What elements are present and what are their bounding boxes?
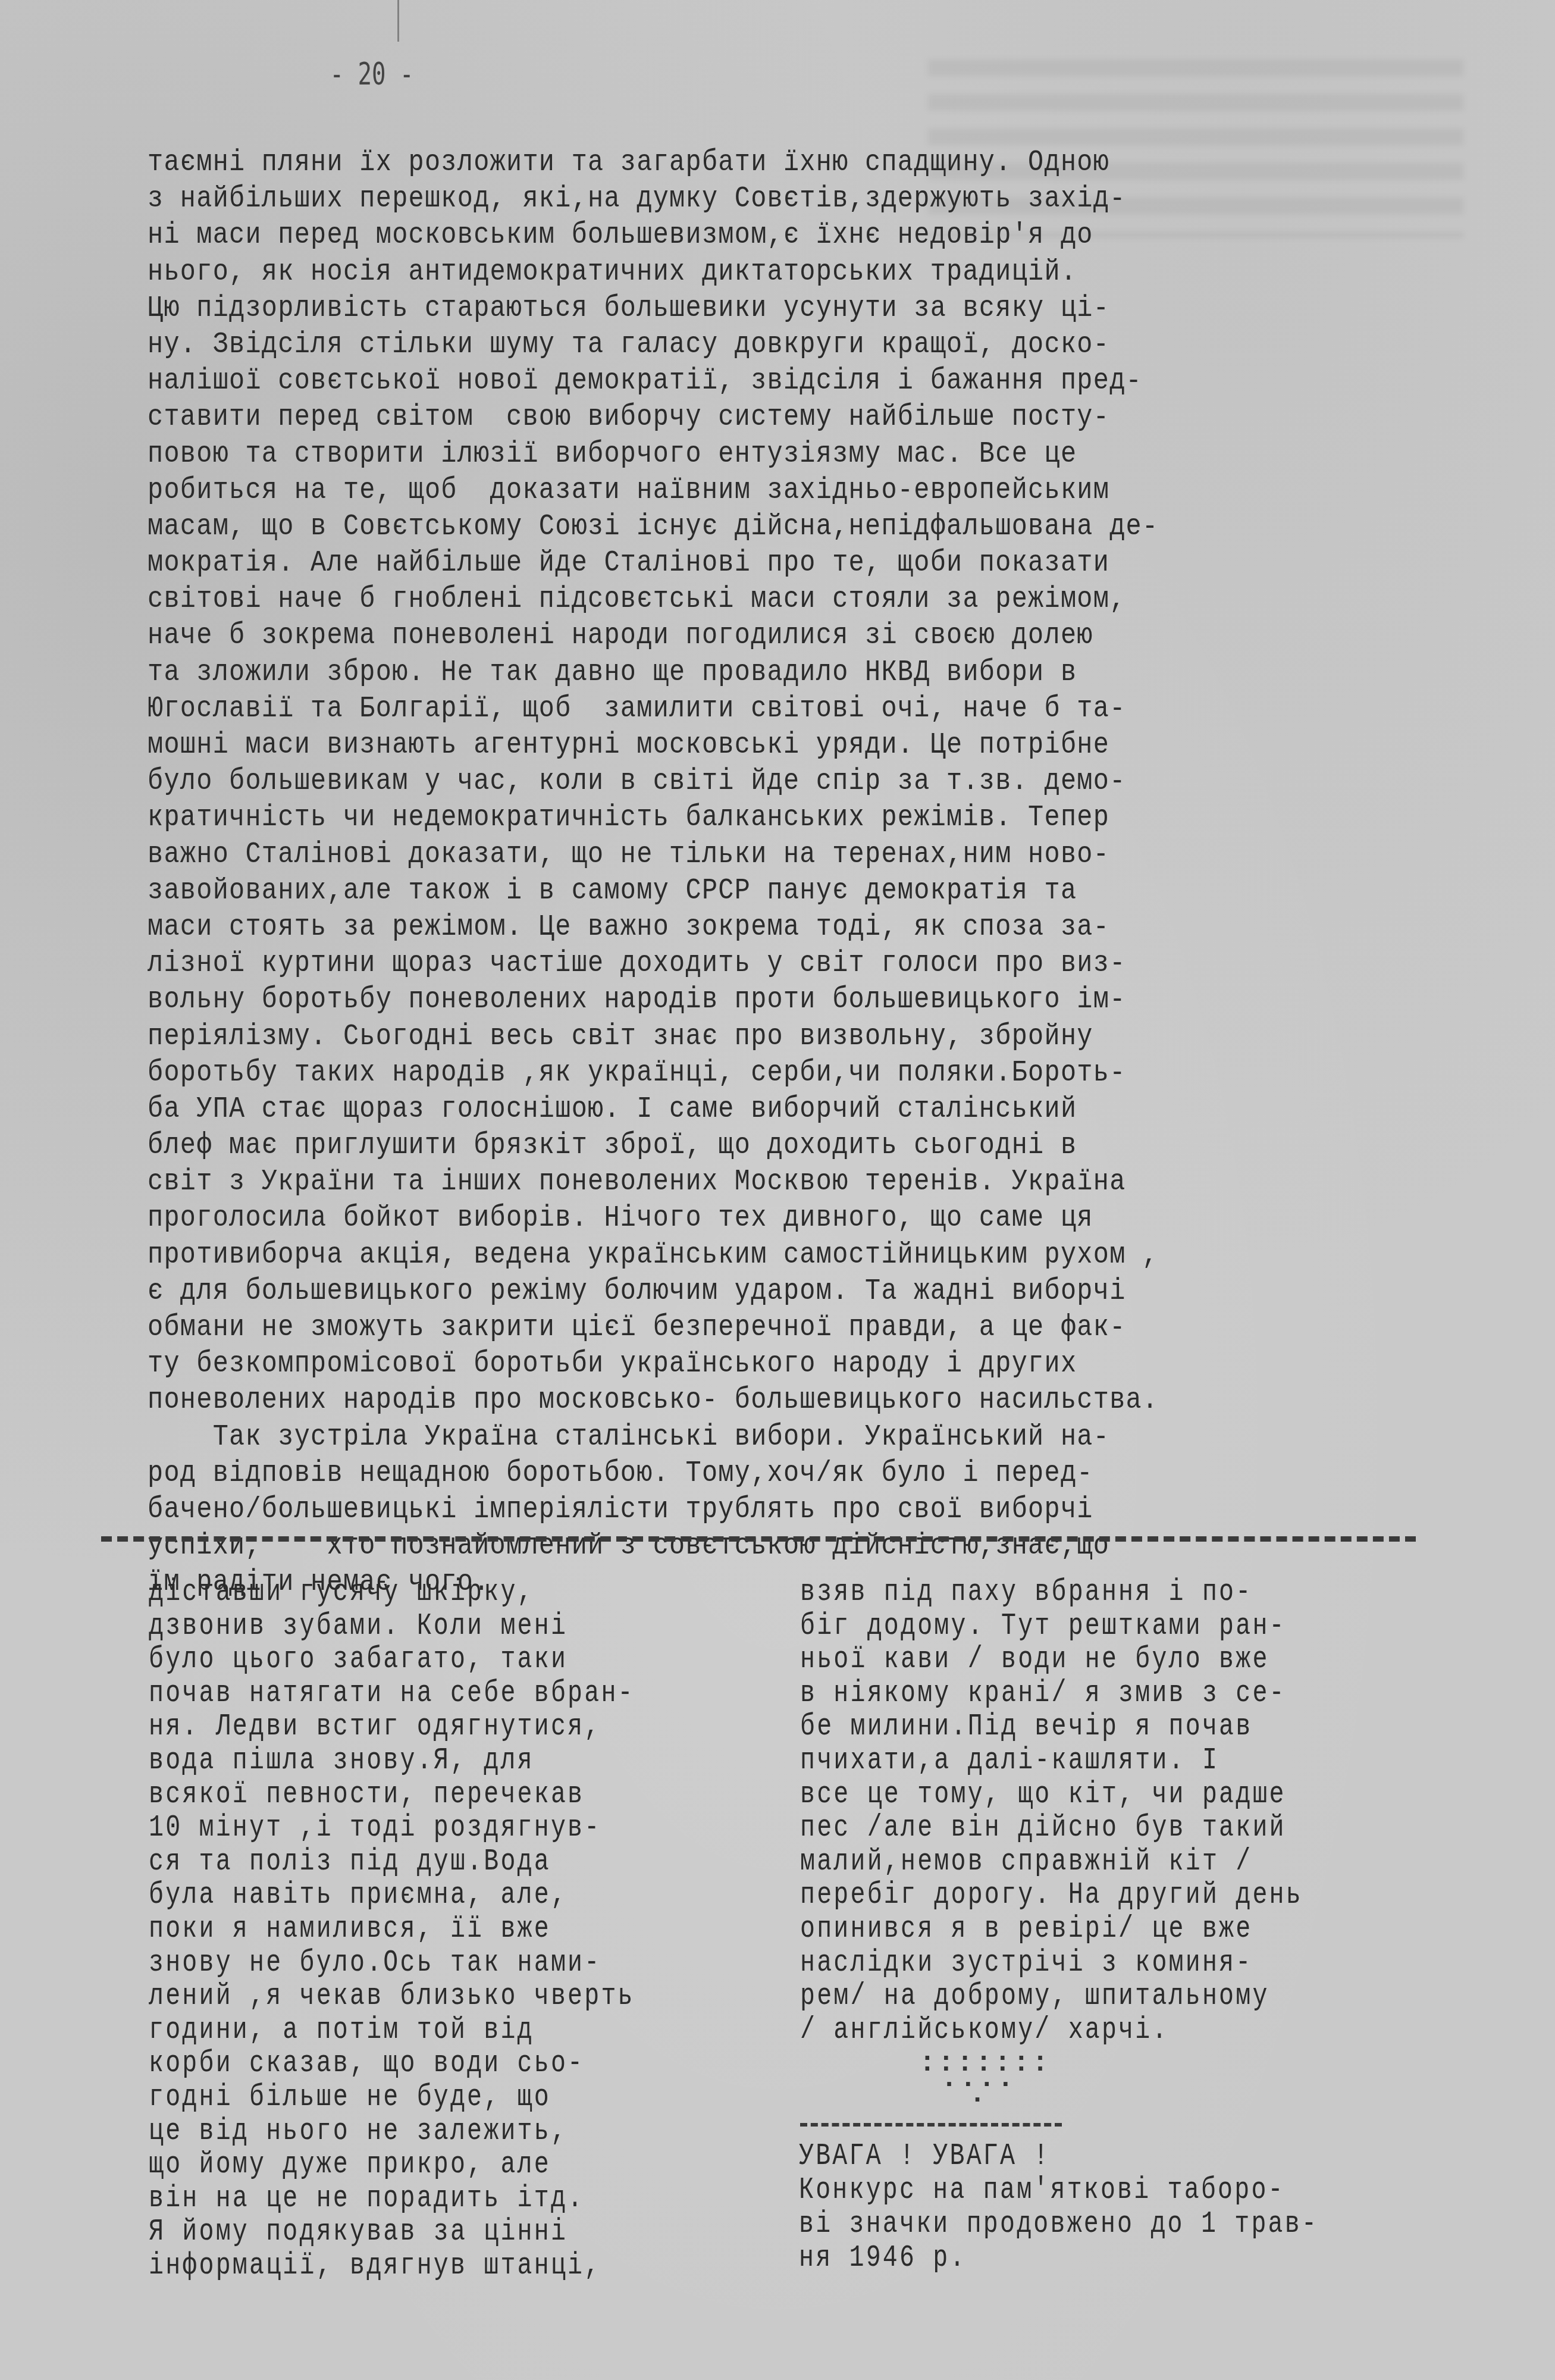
- article-line: боротьбу таких народів ,як українці, сер…: [148, 1055, 1307, 1091]
- article-line: Так зустріла Україна сталінські вибори. …: [148, 1419, 1307, 1455]
- story-right-column: взяв під паху вбрання і по- біг додому. …: [800, 1576, 1484, 2047]
- story-line: вода пішла знову.Я, для: [149, 1744, 644, 1778]
- story-line: це від нього не залежить,: [149, 2115, 644, 2149]
- notice-block: УВАГА ! УВАГА ! Конкурс на пам'яткові та…: [799, 2139, 1513, 2275]
- notice-line: ня 1946 р.: [799, 2241, 1370, 2275]
- story-line: було цього забагато, таки: [149, 1643, 644, 1677]
- story-line: пес /але він дійсно був такий: [800, 1811, 1347, 1845]
- story-line: опинився я в ревірі/ це вже: [800, 1912, 1347, 1946]
- story-line: бе милини.Під вечір я почав: [800, 1710, 1347, 1744]
- story-line: інформації, вдягнув штанці,: [149, 2249, 644, 2283]
- story-line: ся та поліз під душ.Вода: [149, 1845, 644, 1879]
- notice-divider: [800, 2123, 1062, 2127]
- article-line: таємні пляни їх розложити та загарбати ї…: [148, 145, 1307, 181]
- article-line: ту безкомпромісової боротьби українськог…: [148, 1346, 1307, 1382]
- article-line: маси стоять за режімом. Це важно зокрема…: [148, 909, 1307, 945]
- article-line: завойованих,але також і в самому СРСР па…: [148, 873, 1307, 909]
- article-line: кратичність чи недемократичність балканс…: [148, 800, 1307, 836]
- section-divider: [101, 1536, 1416, 1542]
- article-line: світ з України та інших поневолених Моск…: [148, 1164, 1307, 1200]
- story-line: / англійському/ харчі.: [800, 2013, 1347, 2047]
- article-line: проголосила бойкот виборів. Нічого тех д…: [148, 1200, 1307, 1236]
- story-left-column: діставши гусячу шкірку, дзвонив зубами. …: [149, 1576, 767, 2282]
- article-line: успіхи, хто познайомлений з совєтською д…: [148, 1528, 1307, 1564]
- story-line: знову не було.Ось так нами-: [149, 1946, 644, 1980]
- story-line: була навіть приємна, але,: [149, 1878, 644, 1912]
- article-line: масам, що в Совєтському Союзі існує дійс…: [148, 509, 1307, 545]
- article-line: ну. Звідсіля стільки шуму та галасу довк…: [148, 327, 1307, 363]
- story-line: що йому дуже прикро, але: [149, 2148, 644, 2182]
- story-line: біг додому. Тут рештками ран-: [800, 1609, 1347, 1643]
- article-line: повою та створити ілюзії виборчого ентуз…: [148, 436, 1307, 472]
- article-line: лізної куртини щораз частіше доходить у …: [148, 945, 1307, 982]
- story-line: наслідки зустрічі з коминя-: [800, 1946, 1347, 1980]
- article-line: противиборча акція, ведена українським с…: [148, 1237, 1307, 1273]
- story-line: все це тому, що кіт, чи радше: [800, 1778, 1347, 1812]
- story-line: малий,немов справжній кіт /: [800, 1845, 1347, 1879]
- story-line: в ніякому крані/ я змив з се-: [800, 1677, 1347, 1711]
- article-line: Цю підзорливість стараються большевики у…: [148, 290, 1307, 327]
- main-article: таємні пляни їх розложити та загарбати ї…: [148, 145, 1480, 1601]
- notice-line: Конкурс на пам'яткові таборо-: [799, 2173, 1370, 2207]
- story-line: годні більше не буде, що: [149, 2081, 644, 2115]
- article-line: налішої совєтської нової демократії, зві…: [148, 363, 1307, 399]
- article-line: з найбільших перешкод, які,на думку Совє…: [148, 181, 1307, 217]
- story-line: він на це не порадить ітд.: [149, 2182, 644, 2216]
- article-line: світові наче б гноблені підсовєтські мас…: [148, 581, 1307, 618]
- article-line: ба УПА стає щораз голоснішою. І саме виб…: [148, 1091, 1307, 1128]
- story-line: рем/ на доброму, шпитальному: [800, 1980, 1347, 2013]
- story-line: взяв під паху вбрання і по-: [800, 1576, 1347, 1609]
- story-line: перебіг дорогу. На другий день: [800, 1878, 1347, 1912]
- article-line: було большевикам у час, коли в світі йде…: [148, 763, 1307, 800]
- story-line: Я йому подякував за цінні: [149, 2215, 644, 2249]
- article-line: робиться на те, щоб доказати наївним зах…: [148, 472, 1307, 509]
- story-line: поки я намилився, її вже: [149, 1912, 644, 1946]
- story-line: дзвонив зубами. Коли мені: [149, 1609, 644, 1643]
- article-line: обмани не зможуть закрити цієї безперечн…: [148, 1310, 1307, 1346]
- story-line: пчихати,а далі-кашляти. І: [800, 1744, 1347, 1778]
- page-number: - 20 -: [93, 57, 651, 92]
- story-line: корби сказав, що води сьо-: [149, 2047, 644, 2081]
- article-line: поневолених народів про московсько- боль…: [148, 1382, 1307, 1418]
- article-line: вольну боротьбу поневолених народів прот…: [148, 982, 1307, 1018]
- notice-heading: УВАГА ! УВАГА !: [799, 2139, 1370, 2173]
- story-line: 10 мінут ,і тоді роздягнув-: [149, 1811, 644, 1845]
- article-line: Югославії та Болгарії, щоб замилити світ…: [148, 691, 1307, 727]
- article-line: періялізму. Сьогодні весь світ знає про …: [148, 1019, 1307, 1055]
- notice-line: ві значки продовжено до 1 трав-: [799, 2207, 1370, 2241]
- end-ornament: ::::::: .... .: [919, 2056, 1038, 2102]
- story-line: лений ,я чекав близько чверть: [149, 1980, 644, 2013]
- story-line: години, а потім той від: [149, 2013, 644, 2047]
- article-line: нього, як носія антидемократичних диктат…: [148, 254, 1307, 290]
- article-line: блеф має приглушити брязкіт зброї, що до…: [148, 1128, 1307, 1164]
- article-line: мократія. Але найбільше йде Сталінові пр…: [148, 545, 1307, 581]
- article-line: є для большевицького режіму болючим удар…: [148, 1273, 1307, 1310]
- story-line: діставши гусячу шкірку,: [149, 1576, 644, 1609]
- article-line: важно Сталінові доказати, що не тільки н…: [148, 837, 1307, 873]
- article-line: ні маси перед московським большевизмом,є…: [148, 217, 1307, 253]
- article-line: мошні маси визнають агентурні московські…: [148, 727, 1307, 763]
- story-line: почав натягати на себе вбран-: [149, 1677, 644, 1711]
- story-line: всякої певности, перечекав: [149, 1778, 644, 1812]
- article-line: род відповів нещадною боротьбою. Тому,хо…: [148, 1455, 1307, 1492]
- article-line: та зложили зброю. Не так давно ще провад…: [148, 654, 1307, 691]
- story-line: ньої кави / води не було вже: [800, 1643, 1347, 1677]
- stray-mark: [397, 0, 399, 42]
- ornament-row: .: [919, 2087, 1038, 2102]
- story-line: ня. Ледви встиг одягнутися,: [149, 1710, 644, 1744]
- article-line: ставити перед світом свою виборчу систем…: [148, 399, 1307, 436]
- article-line: бачено/большевицькі імперіялісти трублят…: [148, 1492, 1307, 1528]
- article-line: наче б зокрема поневолені народи погодил…: [148, 618, 1307, 654]
